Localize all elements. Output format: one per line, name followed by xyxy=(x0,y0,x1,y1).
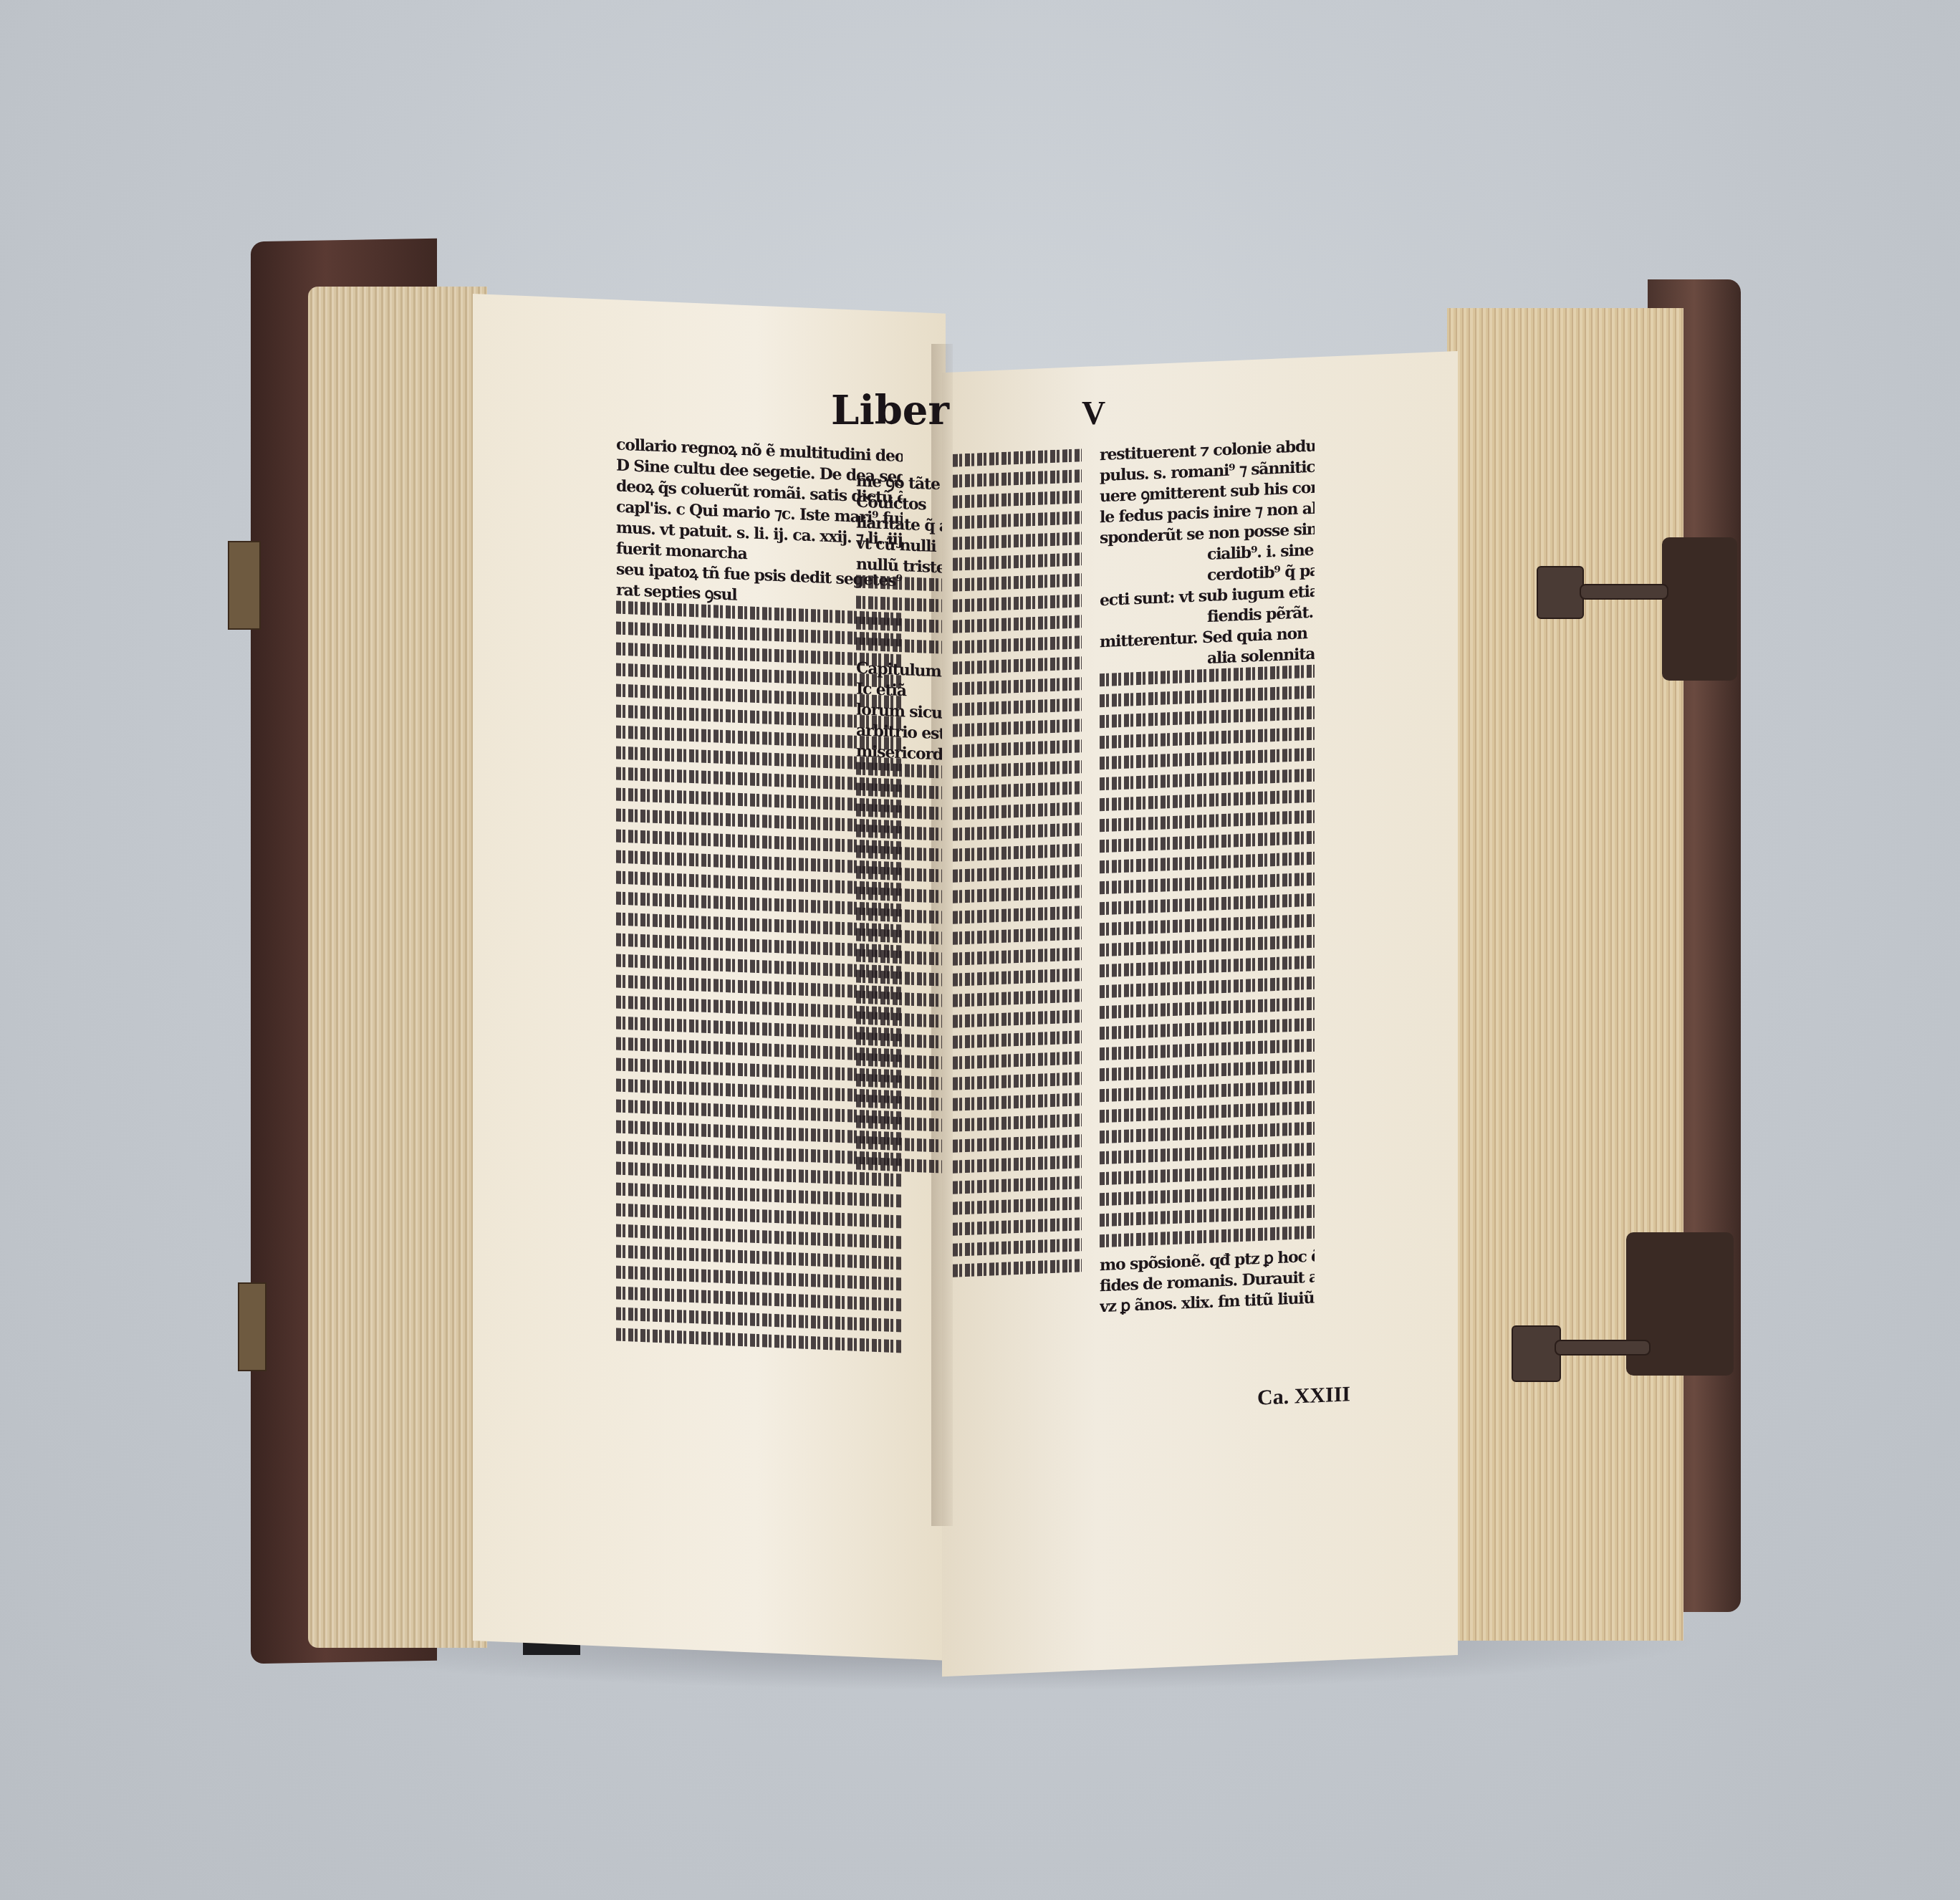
upper-clasp-hook xyxy=(1537,566,1584,619)
running-head-left: Liber xyxy=(831,387,949,434)
running-head-right: V xyxy=(1082,394,1105,432)
upper-left-hinge xyxy=(228,541,261,630)
right-page-block xyxy=(1447,308,1683,1641)
lower-left-hinge xyxy=(238,1282,266,1371)
right-page-main-column: restituerent ⁊ colonie abducerent. Et de… xyxy=(1100,436,1315,1391)
right-page-inner-column xyxy=(953,448,1082,1357)
chapter-marker: Ca. XXIII xyxy=(1257,1382,1350,1410)
book-photo-scene: Liber V collario regnoꝝ nõ ẽ multitudini… xyxy=(0,0,1960,1900)
lower-clasp-link xyxy=(1555,1340,1651,1356)
left-page-inner-column: me ꝯo tãte cĩnbẽ Cõuictos liaritate q̃ a… xyxy=(856,471,942,1406)
left-page-block xyxy=(308,287,487,1648)
upper-clasp-strap xyxy=(1662,537,1737,681)
upper-clasp-link xyxy=(1580,584,1668,600)
lower-clasp-hook xyxy=(1512,1325,1561,1382)
